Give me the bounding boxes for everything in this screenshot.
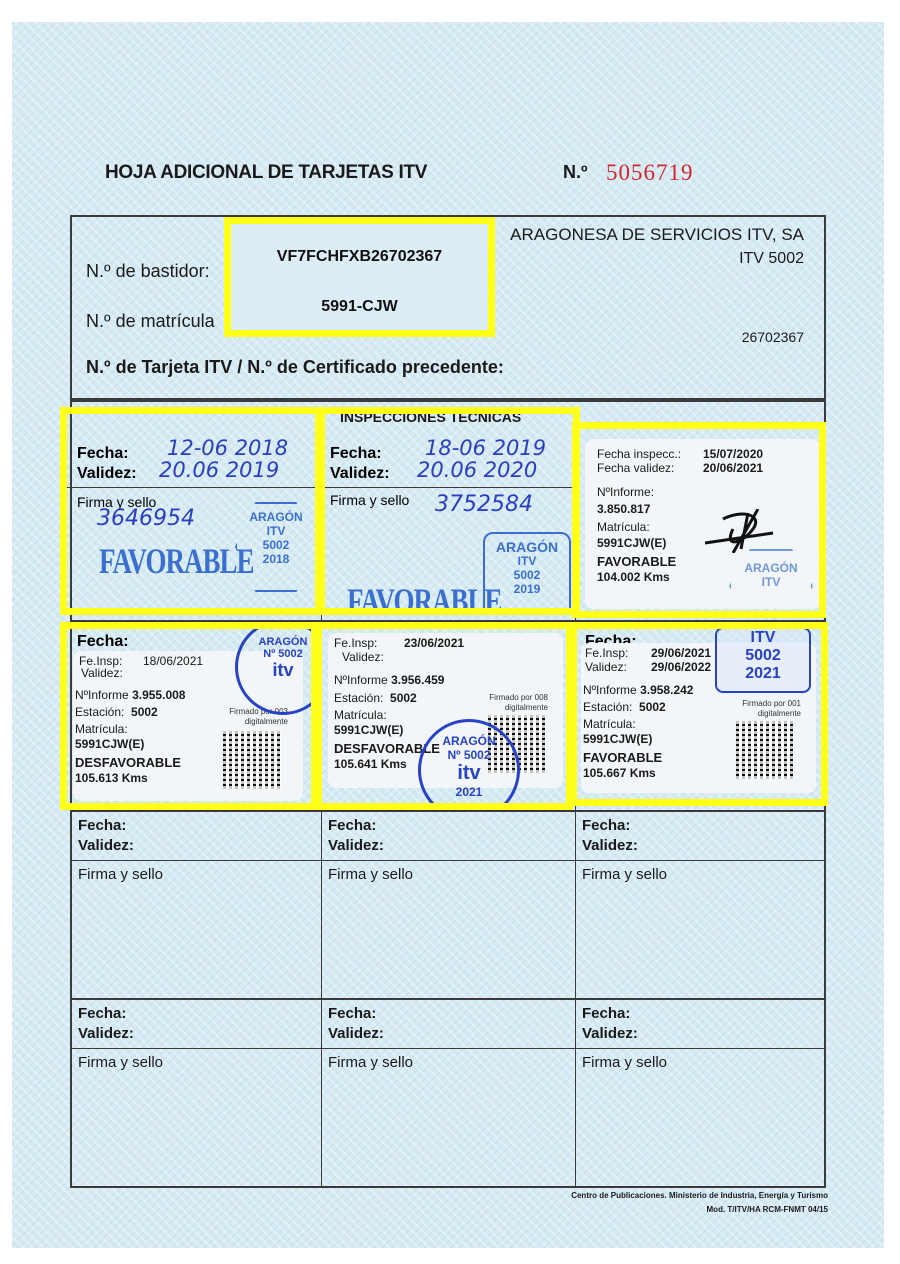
fecha-value: 15/07/2020: [703, 447, 763, 462]
estacion-value: 5002: [131, 705, 158, 719]
favorable-stamp: FAVORABLE: [347, 581, 502, 615]
matricula-value: 5991CJW(E): [334, 723, 403, 738]
inspection-6-highlight: Fecha: Fe.Insp: 29/06/2021 Validez: 29/0…: [570, 622, 828, 806]
qr-caption: Firmado por 001 digitalmente: [721, 699, 801, 719]
fecha-value: 29/06/2021: [651, 646, 711, 661]
validez-label: Validez:: [582, 1024, 638, 1044]
informe-value: 3.958.242: [640, 683, 693, 697]
empty-cell-10: Fecha:Validez: Firma y sello: [72, 1000, 322, 1186]
matricula-value: 5991CJW(E): [583, 732, 652, 747]
footer-publisher: Centro de Publicaciones. Ministerio de I…: [571, 1191, 828, 1200]
empty-cell-9: Fecha:Validez: Firma y sello: [576, 812, 826, 1000]
fecha-label: Fecha:: [582, 1004, 638, 1024]
bastidor-label: N.º de bastidor:: [86, 261, 210, 282]
qr-caption: Firmado por 008 digitalmente: [468, 693, 548, 713]
empty-cell-12: Fecha:Validez: Firma y sello: [576, 1000, 826, 1186]
fecha-label: Fecha:: [582, 816, 638, 836]
fecha-label: Fecha:: [77, 633, 129, 651]
firma-label: Firma y sello: [582, 866, 667, 883]
inspection-1-highlight: Fecha: Validez: 12-06 2018 20.06 2019 Fi…: [60, 407, 322, 615]
firma-label: Firma y sello: [78, 1054, 163, 1071]
inspection-4-highlight: Fecha: Fe.Insp: 18/06/2021 Validez: NºIn…: [60, 622, 318, 810]
previous-card-label: N.º de Tarjeta ITV / N.º de Certificado …: [86, 357, 504, 378]
favorable-stamp: FAVORABLE: [99, 541, 254, 583]
company-name: ARAGONESA DE SERVICIOS ITV, SA: [510, 225, 804, 245]
matricula-value: 5991-CJW: [231, 298, 488, 316]
empty-cell-8: Fecha:Validez: Firma y sello: [322, 812, 576, 1000]
matricula-label: N.º de matrícula: [86, 311, 215, 332]
informe-value: 3.956.459: [391, 673, 444, 687]
firma-label: Firma y sello: [582, 1054, 667, 1071]
result-value: FAVORABLE: [583, 750, 662, 765]
inspection-5-highlight: Fe.Insp: 23/06/2021 Validez: NºInforme 3…: [315, 622, 573, 810]
document-title: HOJA ADICIONAL DE TARJETAS ITV: [105, 162, 427, 184]
card-number: 26702367: [742, 329, 804, 345]
aragon-itv-stamp: ARAGÓN ITV 5002 2019: [483, 532, 571, 615]
signature-mark: [703, 509, 783, 549]
handwritten-validez: 20.06 2020: [417, 458, 537, 482]
estacion-value: 5002: [390, 691, 417, 705]
firma-label: Firma y sello: [328, 1054, 413, 1071]
fecha-label: Fecha:: [328, 1004, 384, 1024]
document-number: 5056719: [606, 160, 694, 186]
station-id: ITV 5002: [739, 250, 804, 268]
validez-label: Validez:: [78, 836, 134, 856]
firma-label: Firma y sello: [328, 866, 413, 883]
fecha-value: 18/06/2021: [143, 654, 203, 669]
validez-value: 29/06/2022: [651, 660, 711, 675]
handwritten-validez: 20.06 2019: [159, 458, 279, 482]
informe-value: 3.955.008: [132, 688, 185, 702]
validez-label: Validez:: [330, 464, 390, 484]
handwritten-informe: 3646954: [97, 506, 195, 531]
qr-code: [736, 721, 794, 779]
matricula-value: 5991CJW(E): [75, 737, 144, 752]
empty-cell-11: Fecha:Validez: Firma y sello: [322, 1000, 576, 1186]
matricula-value: 5991CJW(E): [597, 536, 666, 551]
validez-label: Validez:: [78, 1024, 134, 1044]
firma-label: Firma y sello: [330, 492, 409, 508]
km-value: 105.613 Kms: [75, 771, 148, 786]
km-value: 105.641 Kms: [334, 757, 407, 772]
estacion-value: 5002: [639, 700, 666, 714]
fecha-label: Fecha:: [77, 444, 137, 464]
vehicle-id-highlight: VF7FCHFXB26702367 5991-CJW: [224, 217, 495, 337]
fecha-label: Fecha:: [330, 444, 390, 464]
number-label: N.º: [563, 162, 588, 183]
qr-code: [223, 731, 281, 789]
km-value: 104.002 Kms: [597, 570, 670, 585]
result-value: FAVORABLE: [597, 554, 676, 569]
firma-label: Firma y sello: [78, 866, 163, 883]
bastidor-value: VF7FCHFXB26702367: [231, 248, 488, 266]
inspection-2-highlight: Fecha: Validez: 18-06 2019 20.06 2020 Fi…: [318, 407, 580, 615]
aragon-round-stamp: ARAGÓN Nº 5002 itv 2021: [418, 719, 520, 810]
fecha-label: Fecha:: [328, 816, 384, 836]
inspection-3-highlight: Fecha inspecc.: 15/07/2020 Fecha validez…: [572, 422, 826, 618]
itv-2021-stamp: ITV 5002 2021: [715, 627, 811, 693]
fecha-value: 23/06/2021: [404, 636, 464, 651]
validez-label: Validez:: [582, 836, 638, 856]
km-value: 105.667 Kms: [583, 766, 656, 781]
empty-cell-7: Fecha:Validez: Firma y sello: [72, 812, 322, 1000]
fecha-label: Fecha:: [78, 1004, 134, 1024]
informe-value: 3.850.817: [597, 502, 650, 517]
fecha-label: Fecha:: [78, 816, 134, 836]
validez-label: Validez:: [77, 464, 137, 484]
validez-label: Validez:: [328, 836, 384, 856]
result-value: DESFAVORABLE: [75, 755, 181, 770]
validez-value: 20/06/2021: [703, 461, 763, 476]
handwritten-fecha: 18-06 2019: [425, 436, 546, 460]
validez-label: Validez:: [328, 1024, 384, 1044]
footer-model: Mod. T/ITV/HA RCM-FNMT 04/15: [707, 1205, 828, 1214]
handwritten-informe: 3752584: [435, 492, 533, 517]
handwritten-fecha: 12-06 2018: [167, 436, 288, 460]
